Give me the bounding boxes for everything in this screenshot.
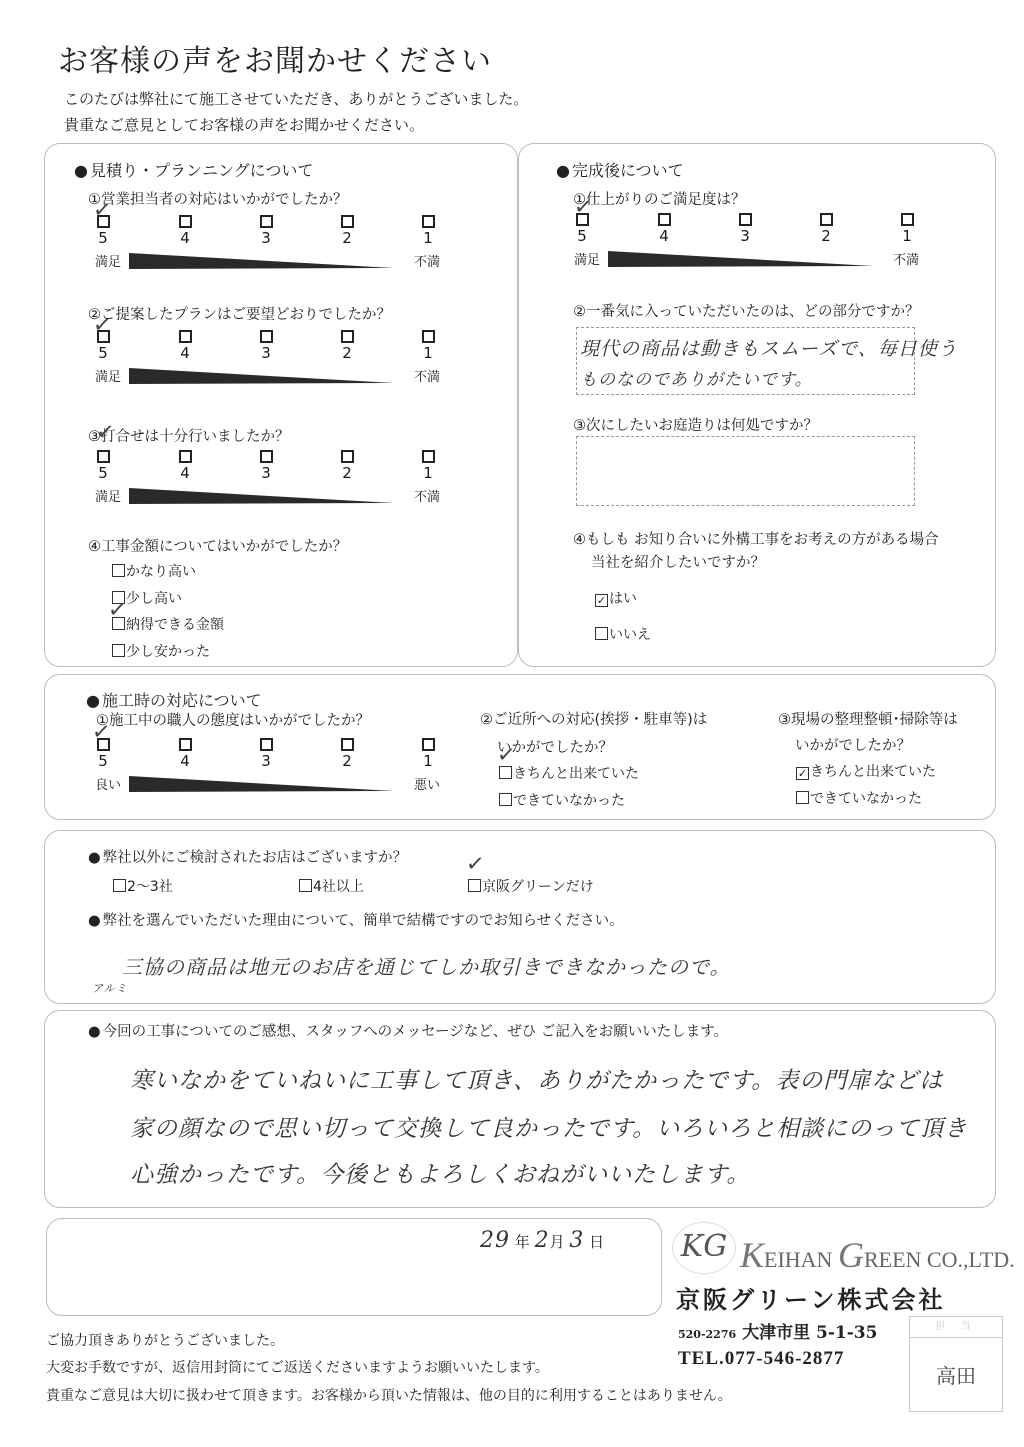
- wedge-gradient-icon: [608, 251, 873, 267]
- construction-q1-scale: 5 4 3 2 1 良い 悪い: [95, 738, 440, 808]
- recommend-option-no[interactable]: いいえ: [595, 624, 651, 644]
- price-option-reasonable[interactable]: 納得できる金額: [112, 614, 224, 634]
- day-unit: 日: [589, 1233, 604, 1251]
- rating-1-checkbox[interactable]: [422, 215, 435, 228]
- rating-3-checkbox[interactable]: [739, 213, 752, 226]
- footer-privacy: 貴重なご意見は大切に扱わせて頂きます。お客様から頂いた情報は、他の目的に利用する…: [46, 1385, 732, 1405]
- footer-return-request: 大変お手数ですが、返信用封筒にてご返送くださいますようお願いいたします。: [46, 1357, 549, 1377]
- rating-5-checkbox[interactable]: [97, 330, 110, 343]
- stamp-header: 担 当: [910, 1317, 1002, 1338]
- recommend-option-yes[interactable]: ✓はい: [595, 588, 637, 608]
- staff-stamp-box: 担 当 高田: [909, 1316, 1003, 1412]
- option-label: かなり高い: [126, 564, 196, 580]
- checkbox[interactable]: [113, 879, 126, 892]
- satisfied-label: 満足: [574, 249, 600, 268]
- estimate-q4-label: ④工事金額についてはいかがでしたか？: [88, 535, 347, 556]
- favorite-part-answer-line-1: 現代の商品は動きもスムーズで、毎日使う: [580, 334, 958, 361]
- after-q4-label-line-1: ④もしも お知り合いに外構工事をお考えの方がある場合: [573, 528, 939, 549]
- neighbors-option-good[interactable]: きちんと出来ていた: [499, 763, 639, 783]
- neighbors-option-bad[interactable]: できていなかった: [499, 790, 625, 810]
- estimate-q2-scale: 5 4 3 2 1 満足 不満: [95, 330, 440, 400]
- good-label: 良い: [95, 774, 121, 793]
- option-label: いいえ: [609, 627, 651, 643]
- dissatisfied-label: 不満: [414, 251, 440, 270]
- rating-1-label: 1: [421, 229, 435, 247]
- rating-5-checkbox[interactable]: [97, 215, 110, 228]
- reason-answer: 三協の商品は地元のお店を通じてしか取引きできなかったので。: [122, 951, 731, 980]
- rating-4-label: 4: [178, 464, 192, 482]
- date-field[interactable]: 29 年 2月 3 日: [480, 1228, 604, 1253]
- option-label: 2～3社: [127, 879, 173, 895]
- rating-3-checkbox[interactable]: [260, 738, 273, 751]
- logo-letter-k: K: [740, 1235, 764, 1275]
- rating-5-label: 5: [96, 752, 110, 770]
- rating-2-checkbox[interactable]: [341, 330, 354, 343]
- favorite-part-answer-line-2: ものなのでありがたいです。: [580, 365, 813, 390]
- option-label: 少し高い: [126, 591, 182, 607]
- construction-q3-label-line-1: ③現場の整理整頓･掃除等は: [778, 708, 958, 729]
- dissatisfied-label: 不満: [414, 366, 440, 385]
- rating-1-label: 1: [900, 227, 914, 245]
- after-q4-label-line-2: 当社を紹介したいですか？: [591, 551, 765, 572]
- message-answer-line-1: 寒いなかをていねいに工事して頂き、ありがたかったです。表の門扉などは: [130, 1062, 943, 1095]
- estimate-q3-scale: 5 4 3 2 1 満足 不満: [95, 450, 440, 520]
- checkbox[interactable]: [112, 644, 125, 657]
- rating-5-checkbox[interactable]: [97, 450, 110, 463]
- rating-1-checkbox[interactable]: [901, 213, 914, 226]
- dissatisfied-label: 不満: [414, 486, 440, 505]
- rating-1-checkbox[interactable]: [422, 738, 435, 751]
- message-answer-line-2: 家の顔なので思い切って交換して良かったです。いろいろと相談にのって頂き: [130, 1110, 968, 1143]
- price-option-slightly-high[interactable]: 少し高い: [112, 588, 182, 608]
- dissatisfied-label: 不満: [893, 249, 919, 268]
- price-option-very-high[interactable]: かなり高い: [112, 561, 196, 581]
- company-phone: TEL.077-546-2877: [678, 1348, 844, 1370]
- checkbox[interactable]: [112, 591, 125, 604]
- rating-1-checkbox[interactable]: [422, 330, 435, 343]
- option-label: はい: [609, 591, 637, 607]
- rating-5-label: 5: [575, 227, 589, 245]
- after-q1-label: ①仕上がりのご満足度は？: [573, 188, 746, 209]
- rating-1-label: 1: [421, 464, 435, 482]
- wedge-gradient-icon: [129, 253, 394, 269]
- cleanup-option-good[interactable]: ✓きちんと出来ていた: [796, 761, 936, 781]
- checkbox[interactable]: [796, 791, 809, 804]
- rating-3-label: 3: [259, 229, 273, 247]
- month-unit: 月: [550, 1233, 565, 1251]
- after-q3-label: ③次にしたいお庭造りは何処ですか？: [573, 414, 818, 435]
- competitor-option-4-plus[interactable]: 4社以上: [299, 876, 364, 896]
- rating-3-checkbox[interactable]: [260, 215, 273, 228]
- checkbox[interactable]: [595, 627, 608, 640]
- date-month: 2: [535, 1228, 550, 1253]
- option-label: 納得できる金額: [126, 617, 224, 633]
- rating-2-label: 2: [819, 227, 833, 245]
- estimate-q1-scale: 5 4 3 2 1 満足 不満: [95, 215, 440, 285]
- date-year: 29: [480, 1228, 510, 1253]
- logo-word-eihan: EIHAN: [764, 1247, 832, 1272]
- checkbox[interactable]: [299, 879, 312, 892]
- checkbox-checked[interactable]: ✓: [796, 767, 809, 780]
- checkbox-checked[interactable]: [499, 766, 512, 779]
- rating-4-checkbox[interactable]: [658, 213, 671, 226]
- rating-2-label: 2: [340, 752, 354, 770]
- rating-3-checkbox[interactable]: [260, 450, 273, 463]
- checkbox[interactable]: [112, 564, 125, 577]
- rating-5-checkbox[interactable]: [97, 738, 110, 751]
- message-answer-line-3: 心強かったです。今後ともよろしくおねがいいたします。: [130, 1156, 750, 1189]
- company-name: 京阪グリーン株式会社: [676, 1280, 946, 1315]
- intro-line-2: 貴重なご意見としてお客様の声をお聞かせください。: [64, 114, 424, 135]
- bad-label: 悪い: [414, 774, 440, 793]
- logo-letter-g: G: [838, 1235, 864, 1275]
- estimate-section-title: 見積り・プランニングについて: [74, 158, 313, 181]
- estimate-q1-label: ①営業担当者の対応はいかがでしたか？: [88, 188, 348, 209]
- rating-5-label: 5: [96, 464, 110, 482]
- rating-4-checkbox[interactable]: [179, 330, 192, 343]
- after-q1-scale: 5 4 3 2 1 満足 不満: [574, 213, 919, 283]
- footer-thanks: ご協力頂きありがとうございました。: [46, 1330, 284, 1350]
- satisfied-label: 満足: [95, 366, 121, 385]
- rating-1-label: 1: [421, 344, 435, 362]
- rating-2-checkbox[interactable]: [341, 215, 354, 228]
- price-option-slightly-cheap[interactable]: 少し安かった: [112, 641, 210, 661]
- company-logo-text: KEIHAN GREEN CO.,LTD.: [740, 1234, 1015, 1276]
- rating-3-label: 3: [738, 227, 752, 245]
- checkbox-checked[interactable]: [112, 617, 125, 630]
- wedge-gradient-icon: [129, 368, 394, 384]
- construction-q3-label-line-2: いかがでしたか？: [795, 734, 911, 755]
- wedge-gradient-icon: [129, 776, 394, 792]
- competitor-option-2-3[interactable]: 2～3社: [113, 876, 173, 896]
- rating-3-label: 3: [259, 752, 273, 770]
- rating-4-checkbox[interactable]: [179, 450, 192, 463]
- rating-5-label: 5: [96, 229, 110, 247]
- competitor-option-keihan-only[interactable]: 京阪グリーンだけ: [468, 876, 594, 896]
- checkbox-checked[interactable]: [468, 879, 481, 892]
- rating-4-label: 4: [178, 752, 192, 770]
- rating-4-label: 4: [178, 229, 192, 247]
- rating-3-label: 3: [259, 464, 273, 482]
- option-label: きちんと出来ていた: [810, 764, 936, 780]
- zip-code: 520-2276: [678, 1328, 736, 1341]
- construction-section-title: 施工時の対応について: [86, 688, 262, 711]
- reason-question: 弊社を選んでいただいた理由について、簡単で結構ですのでお知らせください。: [88, 909, 624, 930]
- logo-word-reen: REEN CO.,LTD.: [864, 1247, 1015, 1272]
- intro-line-1: このたびは弊社にて施工させていただき、ありがとうございました。: [64, 88, 528, 109]
- rating-2-checkbox[interactable]: [341, 738, 354, 751]
- rating-2-label: 2: [340, 464, 354, 482]
- satisfied-label: 満足: [95, 486, 121, 505]
- after-section-title: 完成後について: [556, 158, 684, 181]
- company-address: 520-2276 大津市里 5-1-35: [678, 1318, 877, 1343]
- option-label: できていなかった: [810, 791, 922, 807]
- construction-q2-label-line-1: ②ご近所への対応(挨拶・駐車等)は: [480, 708, 707, 729]
- rating-3-checkbox[interactable]: [260, 330, 273, 343]
- staff-name: 高田: [910, 1360, 1002, 1389]
- option-label: 少し安かった: [126, 644, 210, 660]
- rating-4-checkbox[interactable]: [179, 738, 192, 751]
- estimate-q2-label: ②ご提案したプランはご要望どおりでしたか？: [88, 303, 391, 324]
- option-label: 4社以上: [313, 879, 364, 895]
- rating-4-label: 4: [178, 344, 192, 362]
- page-title: お客様の声をお聞かせください: [58, 36, 492, 80]
- message-question: 今回の工事についてのご感想、スタッフへのメッセージなど、ぜひ ご記入をお願いいた…: [88, 1020, 728, 1041]
- rating-4-checkbox[interactable]: [179, 215, 192, 228]
- rating-2-label: 2: [340, 229, 354, 247]
- year-unit: 年: [515, 1233, 530, 1251]
- option-label: できていなかった: [513, 793, 625, 809]
- competitor-question: 弊社以外にご検討されたお店はございますか？: [88, 846, 407, 867]
- construction-q1-label: ①施工中の職人の態度はいかがでしたか？: [96, 709, 370, 730]
- rating-2-checkbox[interactable]: [341, 450, 354, 463]
- company-logo-mark: KG: [672, 1222, 736, 1274]
- rating-2-label: 2: [340, 344, 354, 362]
- reason-annotation: アルミ: [92, 980, 128, 996]
- street-address: 大津市里 5-1-35: [742, 1323, 877, 1343]
- rating-1-label: 1: [421, 752, 435, 770]
- option-label: きちんと出来ていた: [513, 766, 639, 782]
- next-garden-answer-box[interactable]: [576, 436, 915, 506]
- rating-5-checkbox[interactable]: [576, 213, 589, 226]
- rating-4-label: 4: [657, 227, 671, 245]
- cleanup-option-bad[interactable]: できていなかった: [796, 788, 922, 808]
- option-label: 京阪グリーンだけ: [482, 879, 594, 895]
- satisfied-label: 満足: [95, 251, 121, 270]
- wedge-gradient-icon: [129, 488, 394, 504]
- rating-3-label: 3: [259, 344, 273, 362]
- rating-1-checkbox[interactable]: [422, 450, 435, 463]
- checkbox[interactable]: [499, 793, 512, 806]
- rating-5-label: 5: [96, 344, 110, 362]
- after-q2-label: ②一番気に入っていただいたのは、どの部分ですか？: [573, 300, 920, 321]
- construction-q2-label-line-2: いかがでしたか？: [497, 736, 613, 757]
- checkbox-checked[interactable]: ✓: [595, 594, 608, 607]
- estimate-q3-label: ③打合せは十分行いましたか？: [88, 425, 290, 446]
- rating-2-checkbox[interactable]: [820, 213, 833, 226]
- date-day: 3: [569, 1228, 584, 1253]
